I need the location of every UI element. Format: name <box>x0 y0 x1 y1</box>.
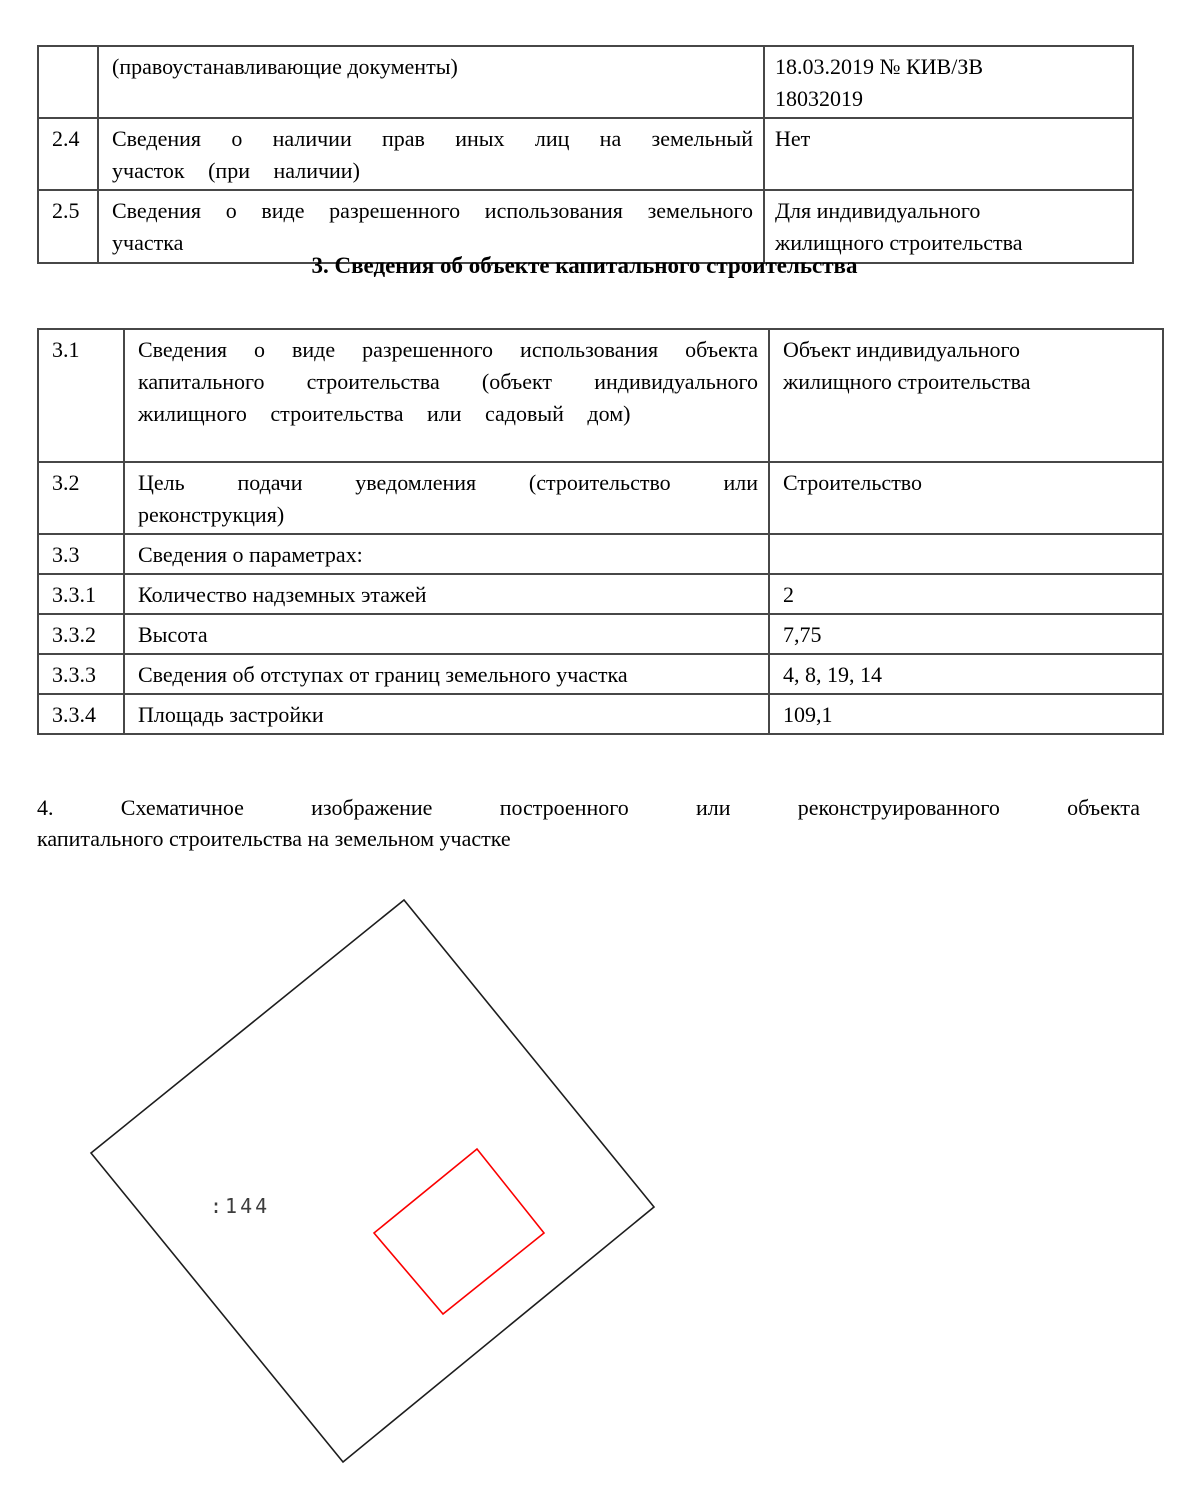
document-page: (правоустанавливающие документы) 18.03.2… <box>0 0 1200 1507</box>
building-outline-polygon <box>374 1149 544 1314</box>
site-plan-drawing: :144 <box>0 0 1200 1507</box>
parcel-boundary-polygon <box>91 900 654 1462</box>
parcel-number-label: :144 <box>210 1194 270 1218</box>
